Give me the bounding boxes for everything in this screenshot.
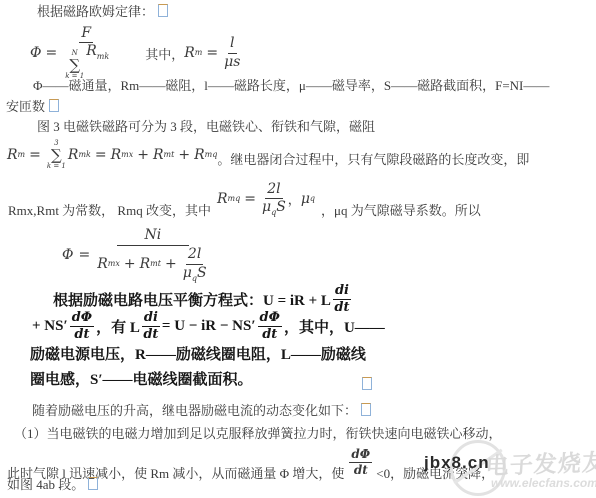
equals-sign: = bbox=[244, 191, 256, 207]
scanned-text: = U − iR − NS′ bbox=[162, 318, 256, 335]
rmq-term: R bbox=[194, 147, 205, 163]
paragraph-text: 。继电器闭合过程中，只有气隙段磁路的长度改变，即 bbox=[217, 149, 529, 168]
placeholder-box-icon bbox=[49, 99, 59, 112]
scanned-text: 根据励磁电路电压平衡方程式：U = iR + L bbox=[53, 289, 331, 310]
paragraph-text: Rmx,Rmt 为常数， Rmq 改变，其中 bbox=[8, 200, 211, 219]
sigma-icon: ∑ bbox=[51, 148, 62, 163]
paragraph-figure3-intro: 图 3 电磁铁磁路可分为 3 段，电磁铁心、衔铁和气隙，磁阻 bbox=[37, 119, 375, 135]
rmx-term: R bbox=[111, 147, 122, 163]
paragraph-text: 如图 4ab 段。 bbox=[7, 477, 84, 492]
fraction-numerator: dΦ bbox=[258, 311, 282, 327]
fraction-inner: 2l μqS bbox=[183, 247, 207, 281]
plus-sign: + bbox=[165, 257, 177, 272]
fraction-denominator: Rmx + Rmt + 2l μqS bbox=[97, 246, 208, 281]
formula-lhs: Φ bbox=[30, 45, 41, 61]
fraction-denominator: μqS bbox=[262, 199, 286, 215]
paragraph-figure4ab: 如图 4ab 段。 bbox=[7, 477, 98, 493]
fraction-numerator: l bbox=[228, 36, 236, 53]
r-term: R bbox=[86, 43, 97, 59]
scanned-line-rearranged-equation: + NS′ dΦ dt ，有 L di dt = U − iR − NS′ dΦ… bbox=[32, 311, 385, 343]
placeholder-box-icon bbox=[158, 4, 168, 17]
paragraph-item-1: （1）当电磁铁的电磁力增加到足以克服释放弹簧拉力时，衔铁快速向电磁铁心移动， bbox=[14, 426, 502, 442]
paragraph-magnetic-ohm-law: 根据磁路欧姆定律： bbox=[37, 4, 168, 20]
rmq-term: R bbox=[217, 191, 228, 207]
mu-term: μ bbox=[262, 199, 271, 215]
s-term: S bbox=[197, 265, 207, 281]
fraction-numerator: di bbox=[333, 284, 351, 300]
plus-sign: + bbox=[137, 147, 149, 163]
fraction-numerator: di bbox=[142, 311, 160, 327]
equals-sign: = bbox=[206, 45, 218, 61]
fraction-numerator: 2l bbox=[265, 182, 282, 199]
scanned-text: + NS′ bbox=[32, 318, 68, 335]
rmx-term: R bbox=[97, 257, 108, 272]
document-page: 根据磁路欧姆定律： Φ = F N ∑ k = 1 Rmk 其中， Rm = l… bbox=[0, 0, 596, 498]
comma: ， bbox=[288, 189, 301, 208]
equals-sign: = bbox=[95, 147, 107, 163]
fraction-denominator: μqS bbox=[183, 265, 207, 281]
paragraph-text: （1）当电磁铁的电磁力增加到足以克服释放弹簧拉力时，衔铁快速向电磁铁心移动， bbox=[14, 426, 502, 441]
fraction-flux-final: Ni Rmx + Rmt + 2l μqS bbox=[97, 228, 208, 281]
sum-lower-limit: k = 1 bbox=[47, 163, 66, 171]
fraction-dphi-dt: dΦ dt bbox=[349, 448, 372, 477]
scanned-line-symbol-defs-2: 圈电感，S′——电磁线圈截面积。 bbox=[30, 372, 253, 388]
rmk-term: R bbox=[68, 147, 79, 163]
fraction-dphi-dt: dΦ dt bbox=[258, 311, 282, 343]
scanned-line-symbol-defs-1: 励磁电源电压，R——励磁线圈电阻，L——励磁线 bbox=[30, 347, 366, 363]
watermark-overlay-text: jbx8.cn bbox=[424, 453, 490, 473]
equals-sign: = bbox=[45, 45, 57, 61]
fraction-denominator: dt bbox=[354, 463, 368, 477]
sigma-icon: ∑ bbox=[69, 58, 80, 73]
rm-term: R bbox=[7, 147, 18, 163]
paragraph-dynamic-change: 随着励磁电压的升高，继电器励磁电流的动态变化如下： bbox=[32, 403, 371, 419]
s-term: S bbox=[276, 199, 286, 215]
formula-flux-final: Φ = Ni Rmx + Rmt + 2l μqS bbox=[62, 228, 211, 281]
watermark-brand-url: www.elecfans.com bbox=[491, 476, 596, 490]
summation: 3 ∑ k = 1 bbox=[47, 140, 66, 170]
formula-lhs: Φ bbox=[62, 247, 73, 263]
scanned-text: ，其中，U—— bbox=[284, 316, 385, 337]
fraction-numerator: F bbox=[79, 26, 93, 43]
rmt-term: R bbox=[140, 257, 151, 272]
qizhong-label: 其中， bbox=[145, 44, 184, 63]
fraction-numerator: 2l bbox=[186, 247, 203, 264]
fraction-denominator: N ∑ k = 1 Rmk bbox=[63, 43, 109, 80]
paragraph-text: 根据磁路欧姆定律： bbox=[37, 4, 154, 19]
paragraph-ampere-turns: 安匝数 bbox=[6, 99, 59, 115]
placeholder-box-icon bbox=[88, 477, 98, 490]
fraction-flux: F N ∑ k = 1 Rmk bbox=[63, 26, 109, 81]
formula-airgap-reluctance: Rmq = 2l μqS ， μq bbox=[217, 182, 315, 216]
formula-magnetic-ohm: Φ = F N ∑ k = 1 Rmk 其中， Rm = l μs bbox=[30, 26, 242, 81]
placeholder-box-icon bbox=[361, 403, 371, 416]
equals-sign: = bbox=[29, 147, 41, 163]
equals-sign: = bbox=[78, 247, 90, 263]
scanned-text: 圈电感，S′——电磁线圈截面积。 bbox=[30, 372, 253, 388]
fraction-denominator: μs bbox=[224, 54, 240, 70]
paragraph-text: 安匝数 bbox=[6, 99, 45, 114]
placeholder-box-icon bbox=[362, 377, 372, 390]
fraction-dphi-dt: dΦ dt bbox=[70, 311, 94, 343]
fraction-reluctance: l μs bbox=[224, 36, 240, 70]
fraction-numerator: dΦ bbox=[70, 311, 94, 327]
mu-term: μ bbox=[183, 265, 192, 281]
fraction-di-dt: di dt bbox=[142, 311, 160, 343]
formula-total-reluctance-line: Rm = 3 ∑ k = 1 Rmk = Rmx + Rmt + Rmq 。继电… bbox=[7, 140, 529, 170]
formula-total-reluctance: Rm = 3 ∑ k = 1 Rmk = Rmx + Rmt + Rmq bbox=[7, 140, 217, 170]
mu-term: μ bbox=[301, 191, 310, 207]
fraction-airgap: 2l μqS bbox=[262, 182, 286, 216]
fraction-numerator: dΦ bbox=[349, 448, 372, 463]
paragraph-symbol-definitions: Φ——磁通量，Rm——磁阻，l——磁路长度，μ——磁导率，S——磁路截面积，F=… bbox=[33, 78, 549, 94]
fraction-denominator: dt bbox=[143, 327, 158, 342]
scanned-text: 励磁电源电压，R——励磁线圈电阻，L——励磁线 bbox=[30, 347, 366, 363]
paragraph-text: 随着励磁电压的升高，继电器励磁电流的动态变化如下： bbox=[32, 403, 357, 418]
paragraph-text: 图 3 电磁铁磁路可分为 3 段，电磁铁心、衔铁和气隙，磁阻 bbox=[37, 119, 375, 134]
plus-sign: + bbox=[124, 257, 136, 272]
summation: N ∑ k = 1 bbox=[65, 50, 84, 80]
plus-sign: + bbox=[178, 147, 190, 163]
r-subscript: mk bbox=[97, 52, 109, 61]
fraction-denominator: dt bbox=[262, 327, 277, 342]
rmt-term: R bbox=[153, 147, 164, 163]
scanned-text: ，有 L bbox=[96, 316, 140, 337]
fraction-numerator: Ni bbox=[117, 228, 190, 246]
fraction-denominator: dt bbox=[74, 327, 89, 342]
paragraph-constants-line: Rmx,Rmt 为常数， Rmq 改变，其中 Rmq = 2l μqS ， μq… bbox=[8, 182, 481, 230]
paragraph-text: Φ——磁通量，Rm——磁阻，l——磁路长度，μ——磁导率，S——磁路截面积，F=… bbox=[33, 78, 549, 93]
rm-term: R bbox=[184, 45, 195, 61]
paragraph-text: ，μq 为气隙磁导系数。所以 bbox=[321, 200, 481, 219]
